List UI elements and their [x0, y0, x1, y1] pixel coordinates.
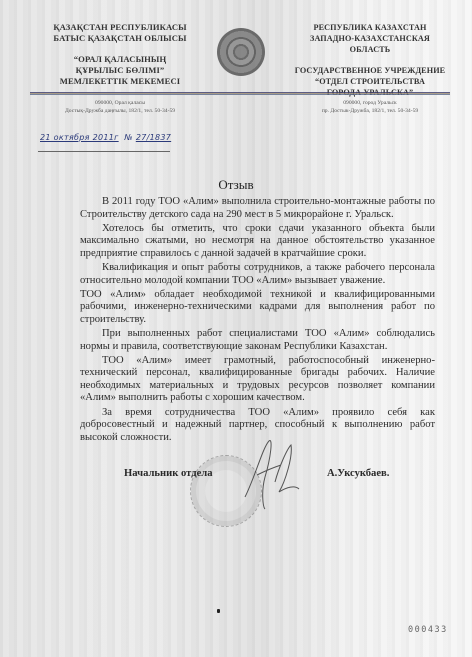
registration-date: 21 октября 2011г	[40, 133, 119, 142]
address-line: Достық-Дружба даңғылы, 182/1, тел. 50-34…	[30, 108, 210, 116]
header-kazakh: ҚАЗАҚСТАН РЕСПУБЛИКАСЫ БАТЫС ҚАЗАҚСТАН О…	[30, 22, 210, 87]
header-line: ЗАПАДНО-КАЗАХСТАНСКАЯ ОБЛАСТЬ	[290, 33, 450, 55]
address-russian: 090000, город Уральск пр. Достык-Дружба,…	[290, 100, 450, 115]
paragraph: При выполненных работ специалистами ТОО …	[80, 328, 435, 353]
scan-artifact	[217, 609, 220, 613]
header-line: ГОСУДАРСТВЕННОЕ УЧРЕЖДЕНИЕ	[290, 65, 450, 76]
scanned-letter-page: ҚАЗАҚСТАН РЕСПУБЛИКАСЫ БАТЫС ҚАЗАҚСТАН О…	[0, 0, 472, 657]
document-title: Отзыв	[0, 177, 472, 193]
signatory-name: А.Уксукбаев.	[327, 468, 389, 479]
header-line: БАТЫС ҚАЗАҚСТАН ОБЛЫСЫ	[30, 33, 210, 44]
paragraph: Хотелось бы отметить, что сроки сдачи ук…	[80, 223, 435, 261]
registration-number: 27/1837	[136, 133, 171, 142]
header-line: “ОРАЛ ҚАЛАСЫНЫҢ	[30, 54, 210, 65]
letter-body: В 2011 году ТОО «Алим» выполнила строите…	[80, 196, 435, 446]
header-line: “ОТДЕЛ СТРОИТЕЛЬСТВА	[290, 76, 450, 87]
paragraph: ТОО «Алим» обладает необходимой техникой…	[80, 289, 435, 327]
header-line: ҚАЗАҚСТАН РЕСПУБЛИКАСЫ	[30, 22, 210, 33]
address-line: 090000, город Уральск	[290, 100, 450, 108]
state-emblem-icon	[217, 28, 265, 76]
header-line: МЕМЛЕКЕТТІК МЕКЕМЕСІ	[30, 76, 210, 87]
address-line: пр. Достык-Дружба, 182/1, тел. 50-34-59	[290, 108, 450, 116]
serial-number: 000433	[408, 625, 448, 635]
address-line: 090000, Орал қаласы	[30, 100, 210, 108]
address-kazakh: 090000, Орал қаласы Достық-Дружба даңғыл…	[30, 100, 210, 115]
signatory-position: Начальник отдела	[124, 468, 213, 479]
handwritten-signature-icon	[235, 437, 305, 512]
header-russian: РЕСПУБЛИКА КАЗАХСТАН ЗАПАДНО-КАЗАХСТАНСК…	[290, 22, 450, 98]
paragraph: В 2011 году ТОО «Алим» выполнила строите…	[80, 196, 435, 221]
header-line: ҚҰРЫЛЫС БӨЛІМІ”	[30, 65, 210, 76]
header-divider	[30, 92, 450, 95]
header-line: РЕСПУБЛИКА КАЗАХСТАН	[290, 22, 450, 33]
number-sign: №	[124, 133, 133, 142]
paragraph: Квалификация и опыт работы сотрудников, …	[80, 262, 435, 287]
registration-underline	[38, 151, 170, 152]
registration-line: 21 октября 2011г № 27/1837	[40, 133, 171, 142]
paragraph: ТОО «Алим» имеет грамотный, работоспособ…	[80, 355, 435, 405]
